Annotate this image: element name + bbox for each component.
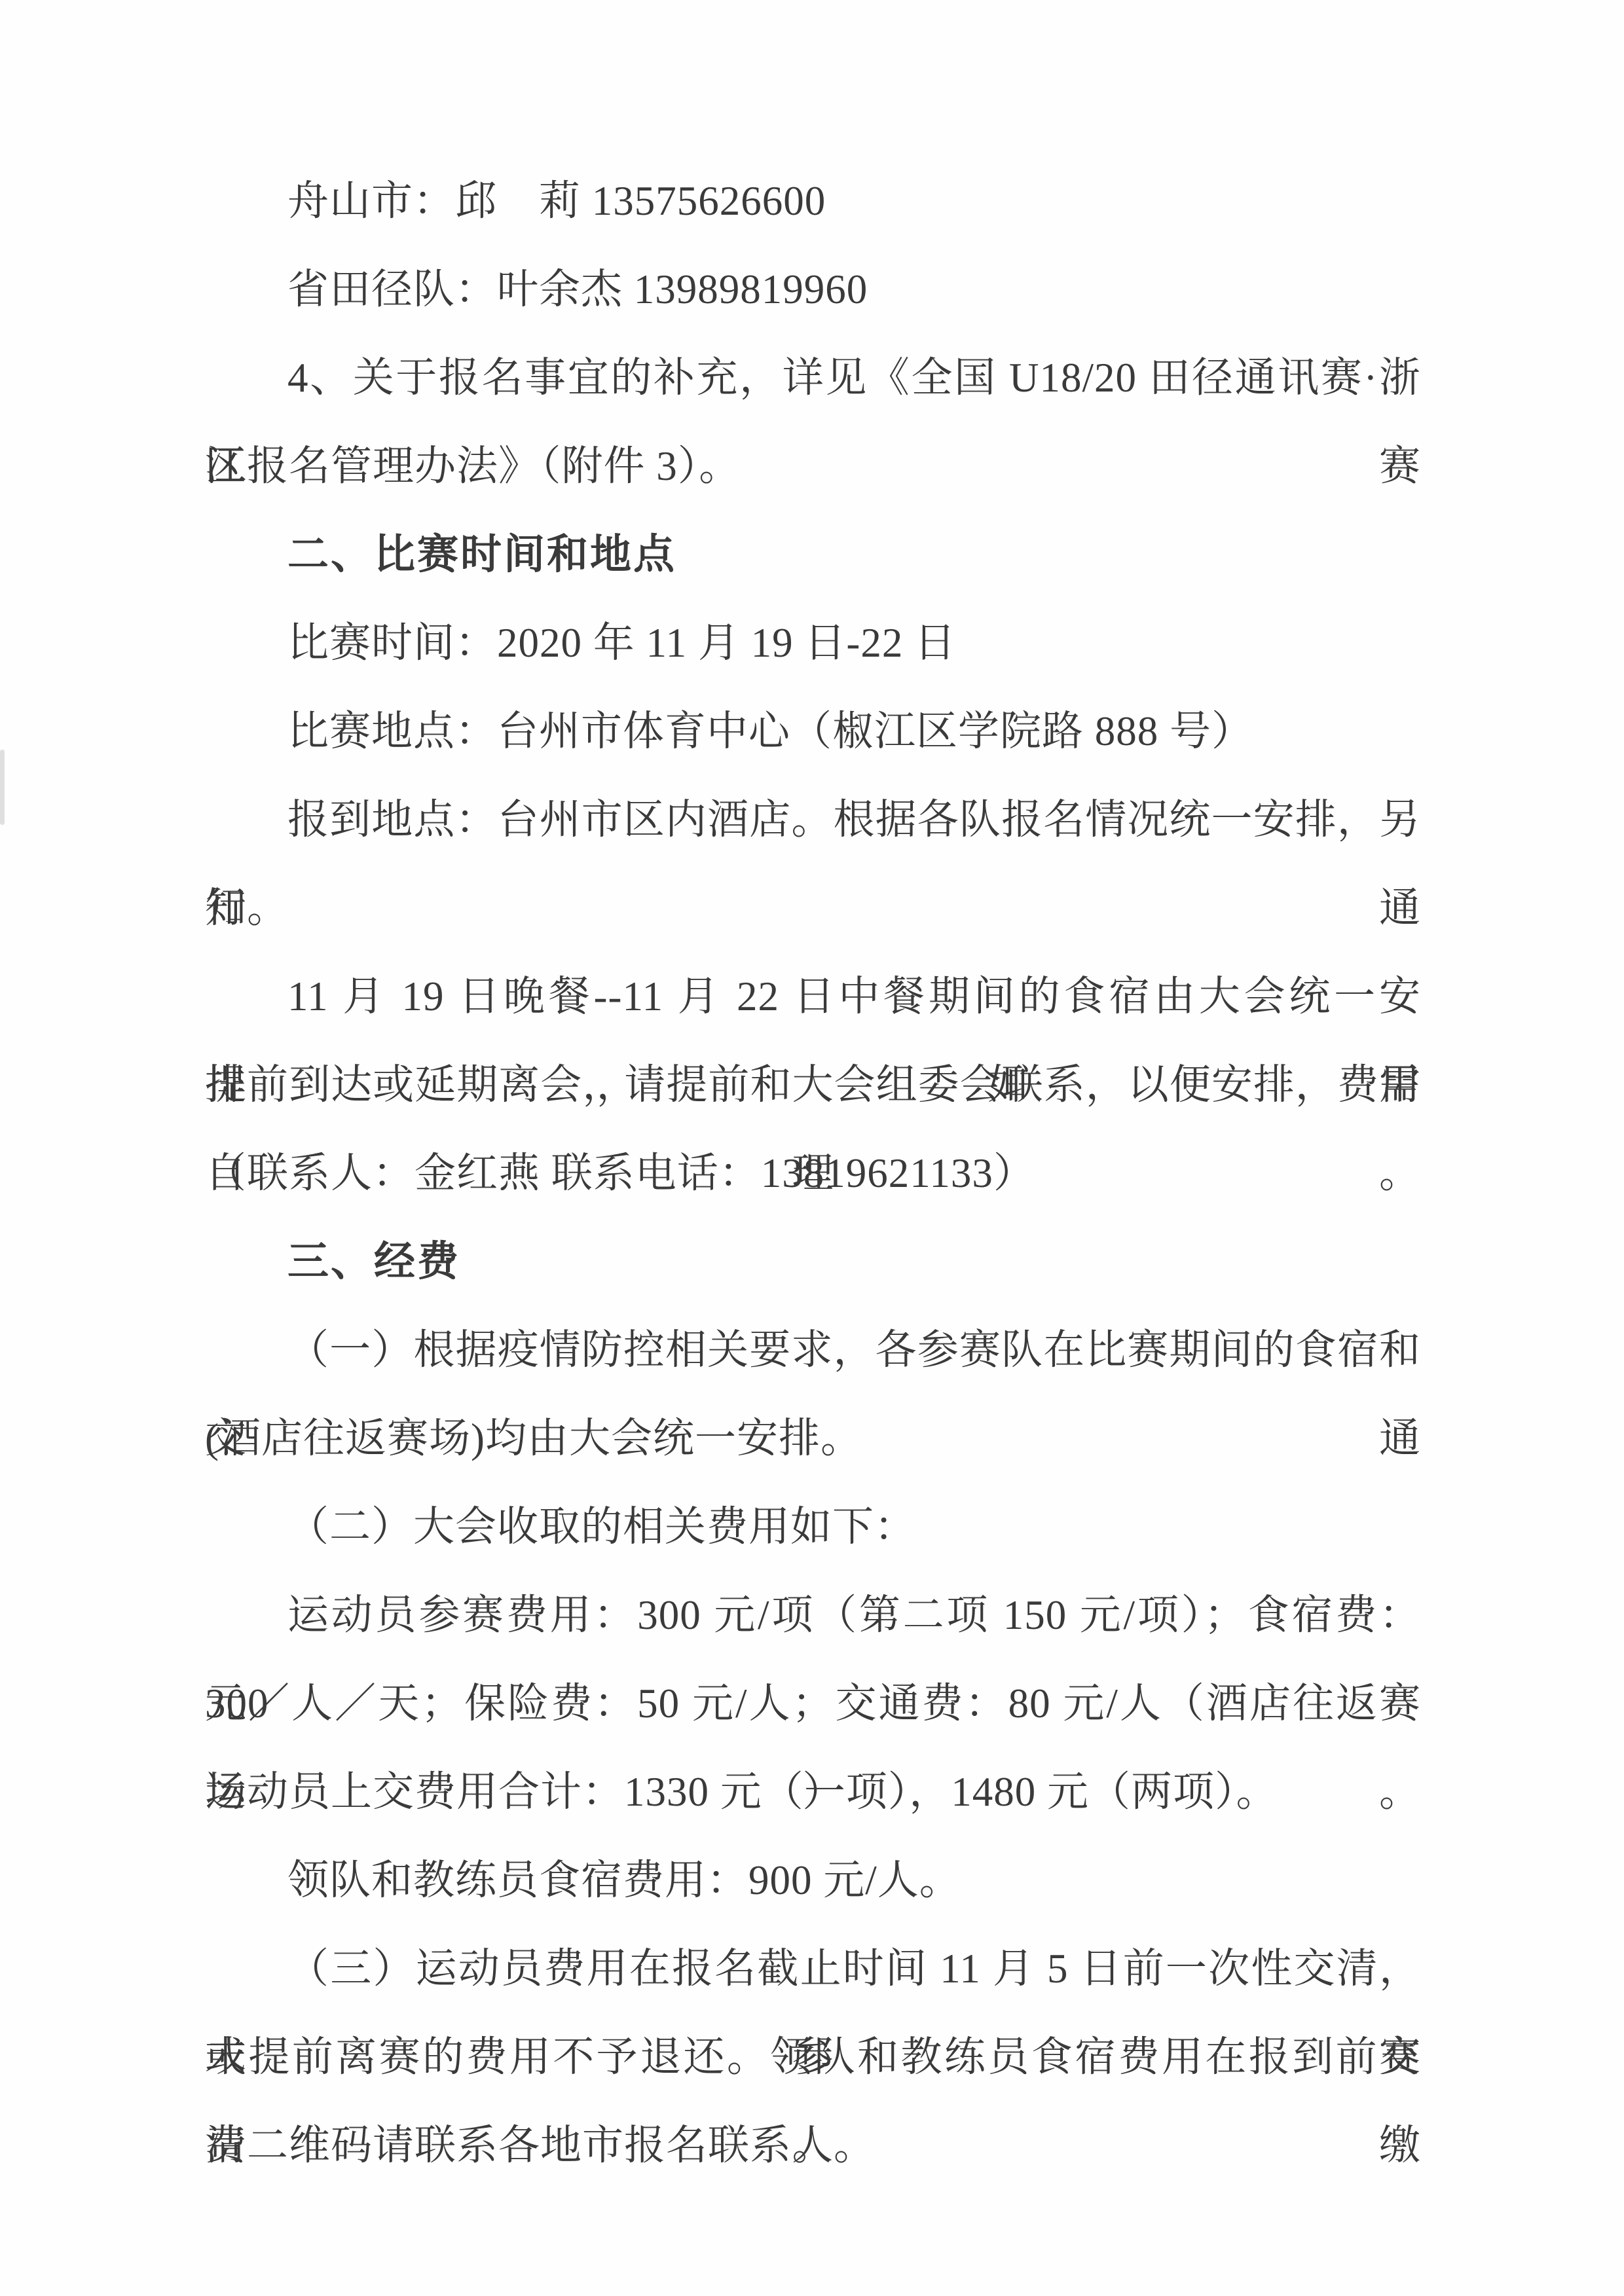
document-line: 报到地点：台州市区内酒店。根据各队报名情况统一安排，另行通 <box>205 776 1421 864</box>
document-line: 提前到达或延期离会，请提前和大会组委会联系，以便安排，费用自理。 <box>205 1041 1421 1129</box>
document-line: （三）运动员费用在报名截止时间 11 月 5 日前一次性交清，未参赛 <box>205 1925 1421 2013</box>
document-line: （二）大会收取的相关费用如下： <box>205 1483 1421 1571</box>
scan-artifact <box>0 750 5 825</box>
document-line: 11 月 19 日晚餐--11 月 22 日中餐期间的食宿由大会统一安排，如需 <box>205 953 1421 1041</box>
document-line: 比赛时间：2020 年 11 月 19 日-22 日 <box>205 599 1421 687</box>
section-heading: 三、经费 <box>205 1218 1421 1306</box>
document-line: 运动员参赛费用：300 元/项（第二项 150 元/项）；食宿费：300 <box>205 1571 1421 1660</box>
document-line: 省田径队：叶余杰 13989819960 <box>205 246 1421 334</box>
document-line: 或提前离赛的费用不予退还。领队和教练员食宿费用在报到前交清。缴 <box>205 2013 1421 2102</box>
document-content: 舟山市：邱 莉 13575626600 省田径队：叶余杰 13989819960… <box>205 157 1421 2190</box>
document-line: 比赛地点：台州市体育中心（椒江区学院路 888 号） <box>205 687 1421 776</box>
section-heading: 二、比赛时间和地点 <box>205 511 1421 599</box>
document-line: 领队和教练员食宿费用：900 元/人。 <box>205 1836 1421 1925</box>
document-line: 运动员上交费用合计：1330 元（一项），1480 元（两项）。 <box>205 1748 1421 1836</box>
document-line: 4、关于报名事宜的补充，详见《全国 U18/20 田径通讯赛·浙江赛 <box>205 334 1421 422</box>
document-page: 舟山市：邱 莉 13575626600 省田径队：叶余杰 13989819960… <box>0 0 1624 2296</box>
document-line: 元／人／天；保险费：50 元/人；交通费：80 元/人（酒店往返赛场）。 <box>205 1660 1421 1748</box>
document-line: （一）根据疫情防控相关要求，各参赛队在比赛期间的食宿和交通 <box>205 1306 1421 1394</box>
document-line: 舟山市：邱 莉 13575626600 <box>205 157 1421 246</box>
